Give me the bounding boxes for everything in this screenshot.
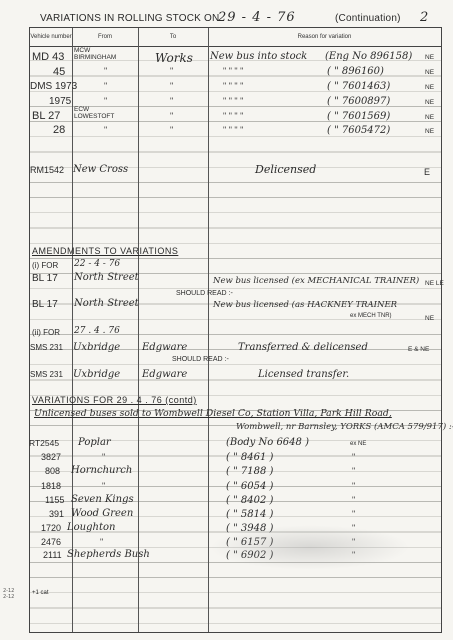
vehicle-number: 2476: [41, 537, 61, 547]
ditto-code: ": [352, 452, 355, 462]
vehicle-number: MD 43: [32, 51, 64, 63]
to-location: Edgware: [142, 342, 187, 353]
amendment-ii-label: (ii) FOR: [32, 328, 60, 337]
vehicle-number: 1155: [45, 495, 64, 505]
from-location: Loughton: [67, 522, 115, 533]
ditto-to: ": [170, 111, 173, 121]
ditto-to: ": [170, 66, 173, 76]
code: ex NE: [350, 441, 366, 447]
intro-line-2: Wombwell, nr Barnsley, YORKS (AMCA 579/9…: [236, 422, 453, 432]
vehicle-number: 3827: [41, 452, 61, 462]
reason-text: Delicensed: [255, 163, 316, 176]
page-title: VARIATIONS IN ROLLING STOCK ON: [40, 13, 219, 24]
ditto-reason: " " " ": [223, 125, 243, 135]
ditto-reason: " " " ": [223, 66, 243, 76]
vehicle-number: 2111: [43, 550, 62, 560]
vehicle-number: BL 27: [32, 110, 60, 122]
vehicle-number: 1818: [41, 481, 61, 491]
to-location: Works: [155, 51, 193, 65]
ditto-reason: " " " ": [223, 81, 243, 91]
reason-text: New bus licensed (ex MECHANICAL TRAINER): [213, 276, 419, 286]
amendment-ii-date: 27 . 4 . 76: [74, 326, 120, 336]
vehicle-number: 808: [45, 466, 60, 476]
ditto-from: ": [100, 537, 103, 547]
code: NE: [425, 84, 434, 91]
page-header: VARIATIONS IN ROLLING STOCK ON 29 - 4 - …: [40, 10, 440, 26]
vehicle-number: SMS 231: [30, 343, 63, 352]
body-ref: ( " 6054 ): [226, 481, 273, 492]
reason-text-cont: ex MECH TNR): [350, 313, 392, 319]
ditto-to: ": [170, 96, 173, 106]
code: NE: [425, 128, 434, 135]
body-ref: ( " 8402 ): [226, 495, 273, 506]
code: NE LE: [425, 280, 444, 287]
col-from: From: [72, 28, 138, 46]
vehicle-number: RT2545: [29, 438, 59, 448]
amendment-i-date: 22 - 4 - 76: [74, 259, 120, 269]
col-to: To: [138, 28, 208, 46]
code: NE: [425, 99, 434, 106]
body-ref: (Body No 6648 ): [226, 437, 309, 448]
vehicle-number: 45: [53, 66, 65, 78]
code: E & NE: [408, 346, 429, 353]
body-ref: ( " 7188 ): [226, 466, 273, 477]
from-location: ECW LOWESTOFT: [74, 106, 108, 120]
ditto-code: ": [352, 509, 355, 519]
ditto-reason: " " " ": [223, 96, 243, 106]
code: E: [424, 167, 430, 177]
body-ref: ( " 8461 ): [226, 452, 273, 463]
to-location: Edgware: [142, 369, 187, 380]
engine-ref: ( " 7605472): [327, 125, 390, 136]
from-location: North Street: [74, 272, 139, 283]
from-location: North Street: [74, 298, 139, 309]
ditto-code: ": [352, 481, 355, 491]
vehicle-number: 28: [53, 124, 65, 136]
should-read-label: SHOULD READ :-: [172, 356, 229, 363]
from-location: Seven Kings: [71, 494, 134, 505]
vehicle-number: DMS 1973: [30, 81, 77, 92]
reason-text: Transferred & delicensed: [238, 342, 368, 353]
code: NE: [425, 114, 434, 121]
ditto-to: ": [170, 81, 173, 91]
from-location: New Cross: [73, 164, 128, 175]
reason-text: New bus into stock: [210, 51, 307, 62]
from-location: MCW BIRMINGHAM: [74, 47, 106, 61]
engine-ref: ( " 7601463): [327, 81, 390, 92]
page-number: 2: [420, 10, 428, 25]
col-reason: Reason for variation: [208, 28, 441, 46]
from-location: Shepherds Bush: [67, 549, 150, 560]
ditto-from: ": [104, 96, 107, 106]
from-location: Poplar: [78, 437, 111, 448]
from-location: Wood Green: [71, 508, 133, 519]
margin-note: 2-12 2-12: [3, 588, 17, 600]
amendment-i-label: (i) FOR: [32, 261, 58, 270]
column-divider: [138, 28, 139, 632]
ditto-from: ": [102, 481, 105, 491]
from-location: Uxbridge: [73, 342, 120, 353]
body-ref: ( " 5814 ): [226, 509, 273, 520]
ditto-to: ": [170, 125, 173, 135]
paper-smudge: [210, 525, 410, 570]
reason-text: Licensed transfer.: [258, 369, 349, 380]
engine-ref: ( " 896160): [327, 66, 384, 77]
intro-line-1: Unlicensed buses sold to Wombwell Diesel…: [34, 408, 392, 419]
column-divider: [72, 28, 73, 632]
ditto-reason: " " " ": [223, 111, 243, 121]
ditto-from: ": [104, 66, 107, 76]
ledger-page: VARIATIONS IN ROLLING STOCK ON 29 - 4 - …: [0, 0, 453, 640]
ditto-from: ": [104, 81, 107, 91]
vehicle-number: 1975: [49, 96, 71, 107]
column-divider: [208, 28, 209, 632]
vehicle-number: RM1542: [30, 165, 64, 175]
ditto-code: ": [352, 495, 355, 505]
amendments-heading: AMENDMENTS TO VARIATIONS: [32, 246, 178, 256]
engine-ref: (Eng No 896158): [325, 51, 412, 62]
engine-ref: ( " 7600897): [327, 96, 390, 107]
should-read-label: SHOULD READ :-: [176, 290, 233, 297]
from-location: Hornchurch: [71, 465, 132, 476]
code: NE: [425, 54, 434, 61]
vehicle-number: BL 17: [32, 273, 58, 284]
table-header: Vehicle number From To Reason for variat…: [30, 28, 441, 47]
ditto-code: ": [352, 466, 355, 476]
vehicle-number: BL 17: [32, 299, 58, 310]
continuation-label: (Continuation): [335, 13, 401, 24]
section2-heading: VARIATIONS FOR 29 . 4 . 76 (contd): [32, 395, 197, 405]
code: NE: [425, 69, 434, 76]
ditto-from: ": [102, 452, 105, 462]
from-location: Uxbridge: [73, 369, 120, 380]
ditto-from: ": [104, 125, 107, 135]
reason-text: New bus licensed (as HACKNEY TRAINER: [213, 300, 397, 310]
page-date: 29 - 4 - 76: [218, 10, 296, 25]
code: NE: [425, 315, 434, 322]
engine-ref: ( " 7601569): [327, 111, 390, 122]
col-vehicle-number: Vehicle number: [30, 28, 72, 46]
footer-note: +1 cat: [32, 590, 49, 596]
vehicle-number: 1720: [41, 523, 61, 533]
vehicle-number: 391: [49, 509, 64, 519]
vehicle-number: SMS 231: [30, 370, 63, 379]
